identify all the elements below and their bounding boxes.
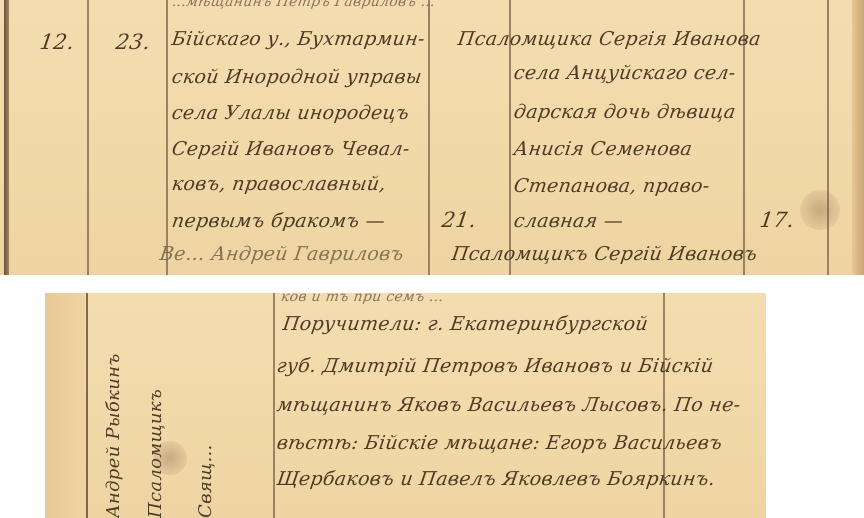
paper-stain [800,190,840,230]
bride-line-3: дарская дочь дѣвица [512,101,737,123]
register-page-top-fragment: …мѣщанинъ Петръ Гавриловъ … 12. 23. Бійс… [0,0,864,275]
entry-number: 12. [38,30,76,54]
column-rule [86,293,88,518]
bride-line-4: Анисія Семенова [512,138,693,160]
bride-line-5: Степанова, право- [512,175,711,197]
text-line-4: вѣстѣ: Бійскіе мѣщане: Егоръ Васильевъ [275,432,723,454]
text-line-2: губ. Дмитрій Петровъ Ивановъ и Бійскій [275,355,714,377]
page-right-edge [852,0,864,275]
entry-day: 23. [114,30,152,54]
column-rule [273,293,275,518]
vertical-signature-3: Свящ… [195,444,216,518]
text-line-1: Поручители: г. Екатеринбургской [281,313,649,335]
header-line: …мѣщанинъ Петръ Гавриловъ … [171,0,436,10]
column-rule [428,0,430,275]
column-rule [87,0,89,275]
bride-line-6: славная — [512,210,624,232]
page-margin [45,293,85,518]
groom-line-1: Бійскаго у., Бухтармин- [170,28,426,50]
vertical-signature-1: Андрей Рыбкинъ [103,353,124,518]
groom-line-2: ской Инородной управы [170,66,423,88]
groom-age: 21. [440,208,478,232]
groom-line-6: первымъ бракомъ — [170,210,386,232]
text-line-0: ков и тъ при семъ … [280,293,445,305]
ink-blot [153,441,187,475]
bride-line-2: села Анцуйскаго сел- [512,62,737,84]
page-binding-edge [4,0,9,275]
witness-line-left: Ве… Андрей Гавриловъ [158,243,405,265]
bride-age: 17. [758,208,796,232]
register-page-bottom-fragment: Андрей Рыбкинъ Псаломщикъ Свящ… ков и тъ… [45,293,766,518]
groom-line-4: Сергій Ивановъ Чевал- [170,138,411,160]
column-rule [166,0,168,275]
column-rule [827,0,829,275]
text-line-5: Щербаковъ и Павелъ Яковлевъ Бояркинъ. [275,468,716,490]
groom-line-5: ковъ, православный, [170,173,387,195]
text-line-3: мѣщанинъ Яковъ Васильевъ Лысовъ. По не- [275,394,742,416]
witness-line-right: Псаломщикъ Сергій Ивановъ [450,243,758,265]
groom-line-3: села Улалы инородецъ [170,102,410,124]
bride-line-1: Псаломщика Сергія Иванова [456,28,762,50]
